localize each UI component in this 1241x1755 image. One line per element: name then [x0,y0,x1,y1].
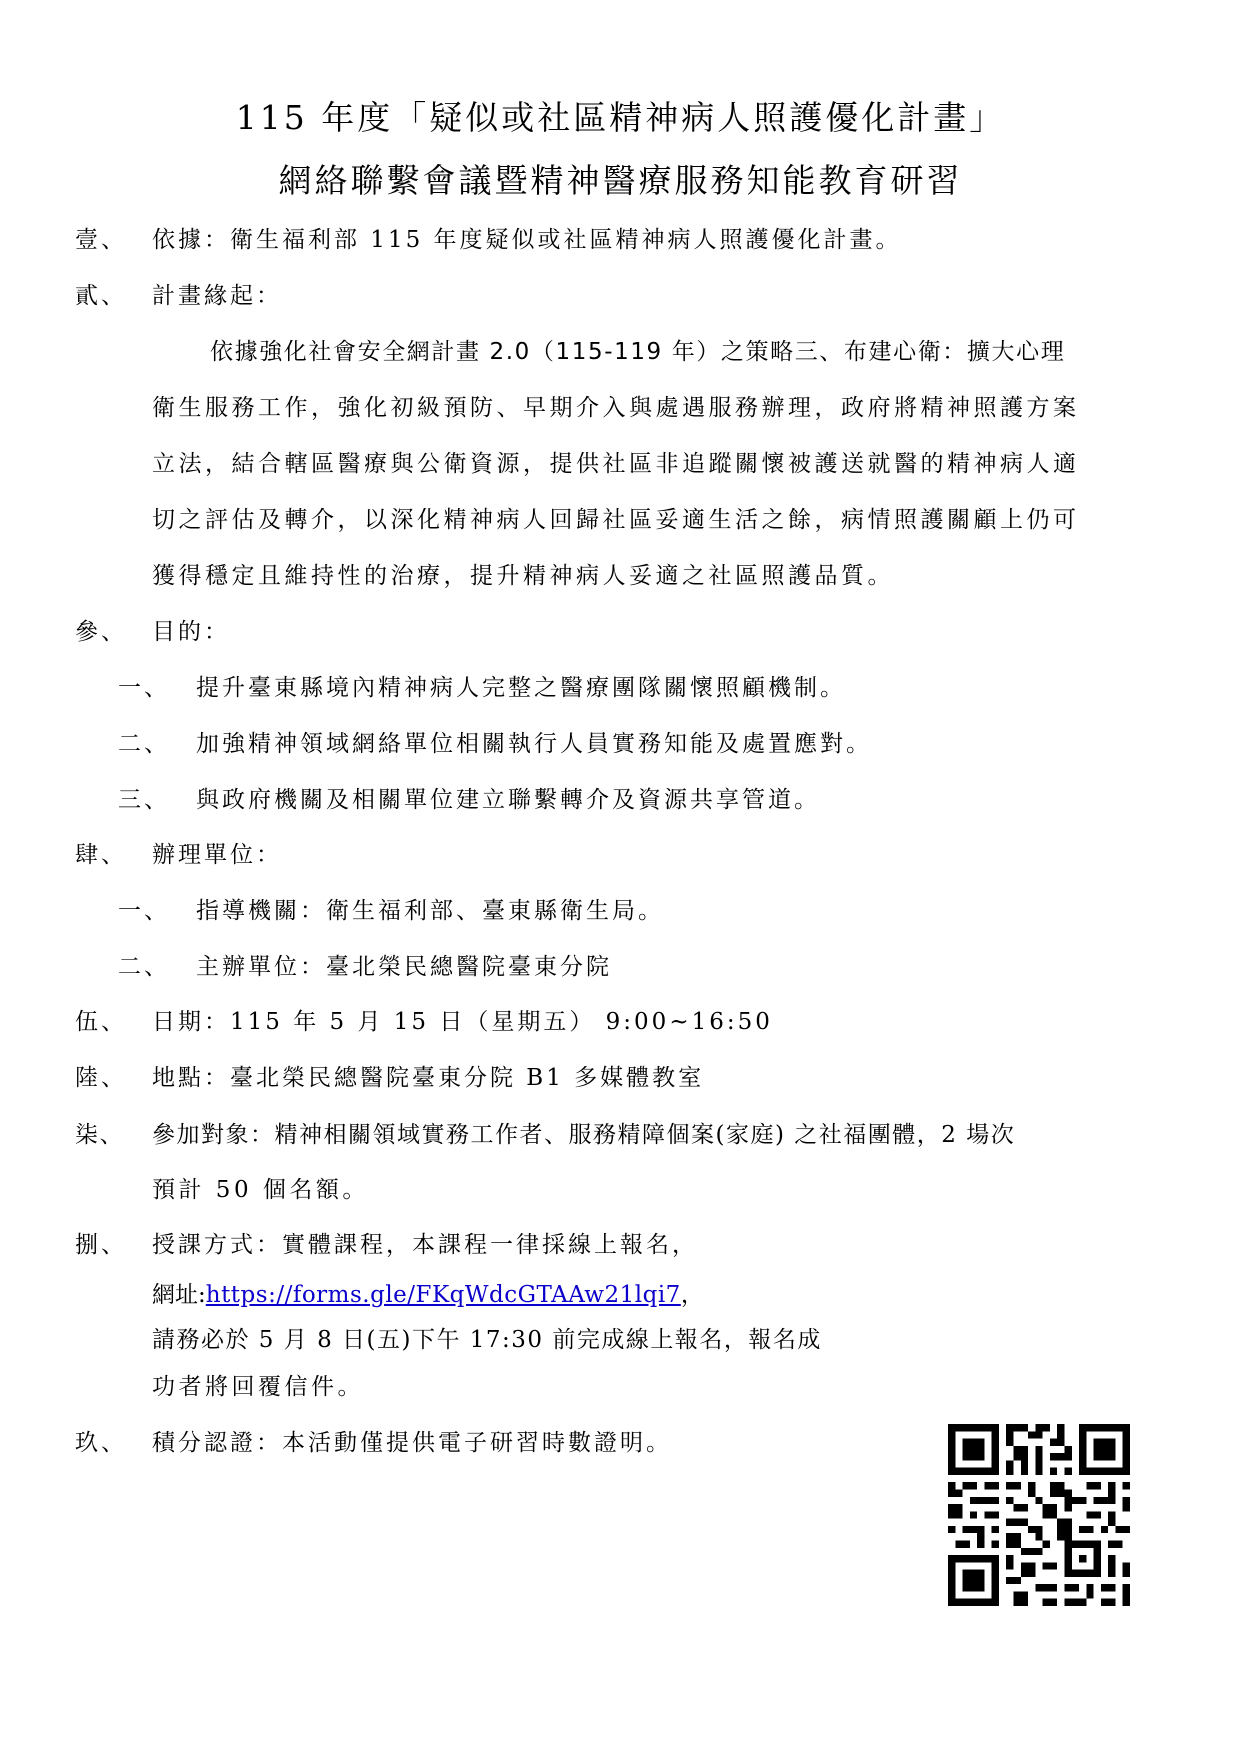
registration-method: 授課方式：實體課程，本課程一律採線上報名， [152,1230,698,1260]
origin-paragraph-line: 獲得穩定且維持性的治療，提升精神病人妥適之社區照護品質。 [152,561,894,591]
item-text: 指導機關：衛生福利部、臺東縣衛生局。 [196,896,664,926]
item-text: 加強精神領域網絡單位相關執行人員實務知能及處置應對。 [196,729,872,759]
qr-code-icon[interactable] [948,1424,1130,1606]
origin-paragraph-line: 立法，結合轄區醫療與公衛資源，提供社區非追蹤關懷被護送就醫的精神病人適 [152,449,1080,479]
item-numeral: 二、 [118,729,170,759]
section-numeral: 壹、 [75,225,127,255]
item-numeral: 一、 [118,896,170,926]
registration-url-link[interactable]: https://forms.gle/FKqWdcGTAAw21lqi7 [206,1282,681,1308]
url-suffix: ， [681,1282,704,1308]
section-numeral: 參、 [75,617,127,647]
item-numeral: 一、 [118,673,170,703]
origin-paragraph-line: 衛生服務工作，強化初級預防、早期介入與處遇服務辦理，政府將精神照護方案 [152,393,1080,423]
section-heading: 目的： [152,617,230,647]
credits-text: 積分認證：本活動僅提供電子研習時數證明。 [152,1428,672,1458]
origin-paragraph-line: 切之評估及轉介，以深化精神病人回歸社區妥適生活之餘，病情照護關顧上仍可 [152,505,1080,535]
registration-deadline-line: 請務必於 5 月 8 日(五)下午 17:30 前完成線上報名，報名成 [152,1325,822,1355]
document-title-line2: 網絡聯繫會議暨精神醫療服務知能教育研習 [0,155,1241,202]
section-heading: 辦理單位： [152,840,282,870]
section-numeral: 柒、 [75,1120,124,1150]
registration-url-line: 網址:https://forms.gle/FKqWdcGTAAw21lqi7， [152,1280,704,1310]
event-location: 地點：臺北榮民總醫院臺東分院 B1 多媒體教室 [152,1063,704,1093]
registration-deadline-line: 功者將回覆信件。 [152,1372,364,1402]
section-numeral: 陸、 [75,1063,127,1093]
origin-paragraph-line: 依據強化社會安全網計畫 2.0（115-119 年）之策略三、布建心衛：擴大心理 [210,337,1065,367]
section-numeral: 貳、 [75,281,127,311]
participants-text: 參加對象：精神相關領域實務工作者、服務精障個案(家庭) 之社福團體，2 場次 [152,1120,1015,1150]
section-numeral: 捌、 [75,1230,127,1260]
document-title-line1: 115 年度「疑似或社區精神病人照護優化計畫」 [0,92,1241,139]
url-label: 網址: [152,1282,206,1308]
section-text: 依據：衛生福利部 115 年度疑似或社區精神病人照護優化計畫。 [152,225,902,255]
item-text: 與政府機關及相關單位建立聯繫轉介及資源共享管道。 [196,785,820,815]
section-numeral: 肆、 [75,840,127,870]
section-heading: 計畫緣起： [152,281,282,311]
participants-continuation: 預計 50 個名額。 [152,1175,369,1205]
item-numeral: 二、 [118,952,170,982]
item-text: 提升臺東縣境內精神病人完整之醫療團隊關懷照顧機制。 [196,673,846,703]
section-numeral: 玖、 [75,1428,127,1458]
section-numeral: 伍、 [75,1007,127,1037]
item-numeral: 三、 [118,785,170,815]
event-date: 日期：115 年 5 月 15 日（星期五） 9:00~16:50 [152,1007,773,1037]
item-text: 主辦單位：臺北榮民總醫院臺東分院 [196,952,612,982]
